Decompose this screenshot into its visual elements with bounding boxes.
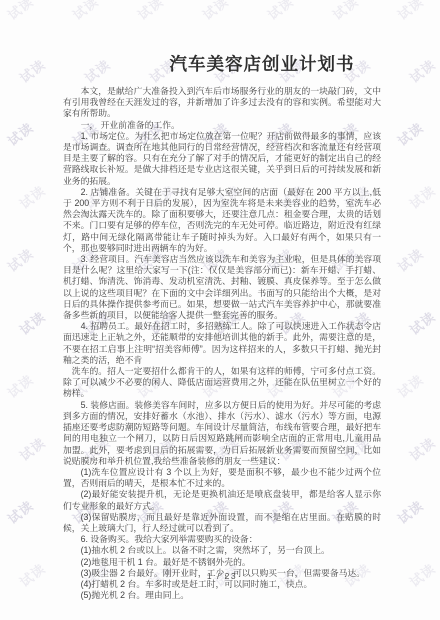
page-number: 1 / 23 [63, 571, 381, 581]
paragraph: (2)最好能安装提升机，无论是更换机油还是喷底盘装甲，都是给客人显示你们专业形象… [63, 489, 381, 511]
trial-watermark: 试读 [405, 306, 439, 338]
paragraph: (3)保留贴膜房，而且最好是靠近外面设置，而不是缩在店里面。在贴膜的时候，关上玻… [63, 512, 381, 534]
trial-watermark: 试读 [393, 0, 427, 24]
trial-watermark: 试读 [405, 558, 439, 590]
trial-watermark: 试读 [393, 243, 427, 275]
paragraph: 一， 开业前准备的工作。 [63, 120, 381, 131]
trial-watermark: 试读 [405, 180, 439, 212]
paragraph: 1. 市场定位。为什么把市场定位放在第一位呢？开店前做得最多的事情，应该是市场调… [63, 131, 381, 187]
document-body: 本文，是献给广大准备投入到汽车后市场服务行业的朋友的一块敲门砖，文中有引用我曾经… [63, 86, 381, 601]
trial-watermark: 试读 [15, 54, 49, 86]
trial-watermark: 试读 [3, 369, 37, 401]
trial-watermark: 试读 [15, 180, 49, 212]
trial-watermark: 试读 [3, 117, 37, 149]
document-page: 试读试读试读试读试读试读试读试读试读试读试读试读试读试读试读试读试读试读试读试读… [0, 0, 440, 620]
trial-watermark: 试读 [198, 0, 232, 24]
paragraph: (1)洗车位置应设计有 3 个以上为好，要是面积不够，最少也不能少过两个位置，否… [63, 467, 381, 489]
paragraph: 3. 经营项目。汽车美容店当然应该以洗车和美容为主业啦，但是具体的美容项目是什么… [63, 254, 381, 321]
paragraph: 洗车的。招人一定要招什么都肯干的人，如果有这样的师傅，宁可多付点工资。除了可以减… [63, 366, 381, 400]
trial-watermark: 试读 [405, 432, 439, 464]
paragraph: (2)地毯甩干机 1 台。最好是不锈钢外壳的。 [63, 557, 381, 568]
trial-watermark: 试读 [328, 0, 362, 24]
trial-watermark: 试读 [393, 369, 427, 401]
document-title: 汽车美容店创业计划书 [63, 51, 381, 76]
trial-watermark: 试读 [15, 432, 49, 464]
trial-watermark: 试读 [263, 0, 297, 24]
paragraph: (5)抛光机 2 台。理由同上。 [63, 590, 381, 601]
trial-watermark: 试读 [393, 495, 427, 527]
trial-watermark: 试读 [133, 0, 167, 24]
paragraph: 4. 招聘员工。最好在招工时，多招熟练工人。除了可以快速进入工作状态令店面迅速走… [63, 321, 381, 366]
paragraph: (1)抽水机 2 台或以上。以备不时之需，突然坏了，另一台顶上。 [63, 545, 381, 556]
trial-watermark: 试读 [68, 0, 102, 24]
trial-watermark: 试读 [405, 54, 439, 86]
trial-watermark: 试读 [3, 495, 37, 527]
trial-watermark: 试读 [3, 243, 37, 275]
paragraph: 5. 装修店面。装修美容车间时，应多以方便日后的使用为好。并尽可能的考虑到多方面… [63, 400, 381, 467]
paragraph: 6. 设备购买。我给大家列举需要购买的设备： [63, 534, 381, 545]
paragraph: 本文，是献给广大准备投入到汽车后市场服务行业的朋友的一块敲门砖，文中有引用我曾经… [63, 86, 381, 120]
trial-watermark: 试读 [393, 117, 427, 149]
trial-watermark: 试读 [15, 306, 49, 338]
paragraph: 2. 店铺准备。关键在于寻找有足够大室空间的店面（最好在 200 平方以上,低于… [63, 187, 381, 254]
trial-watermark: 试读 [15, 558, 49, 590]
trial-watermark: 试读 [3, 0, 37, 24]
